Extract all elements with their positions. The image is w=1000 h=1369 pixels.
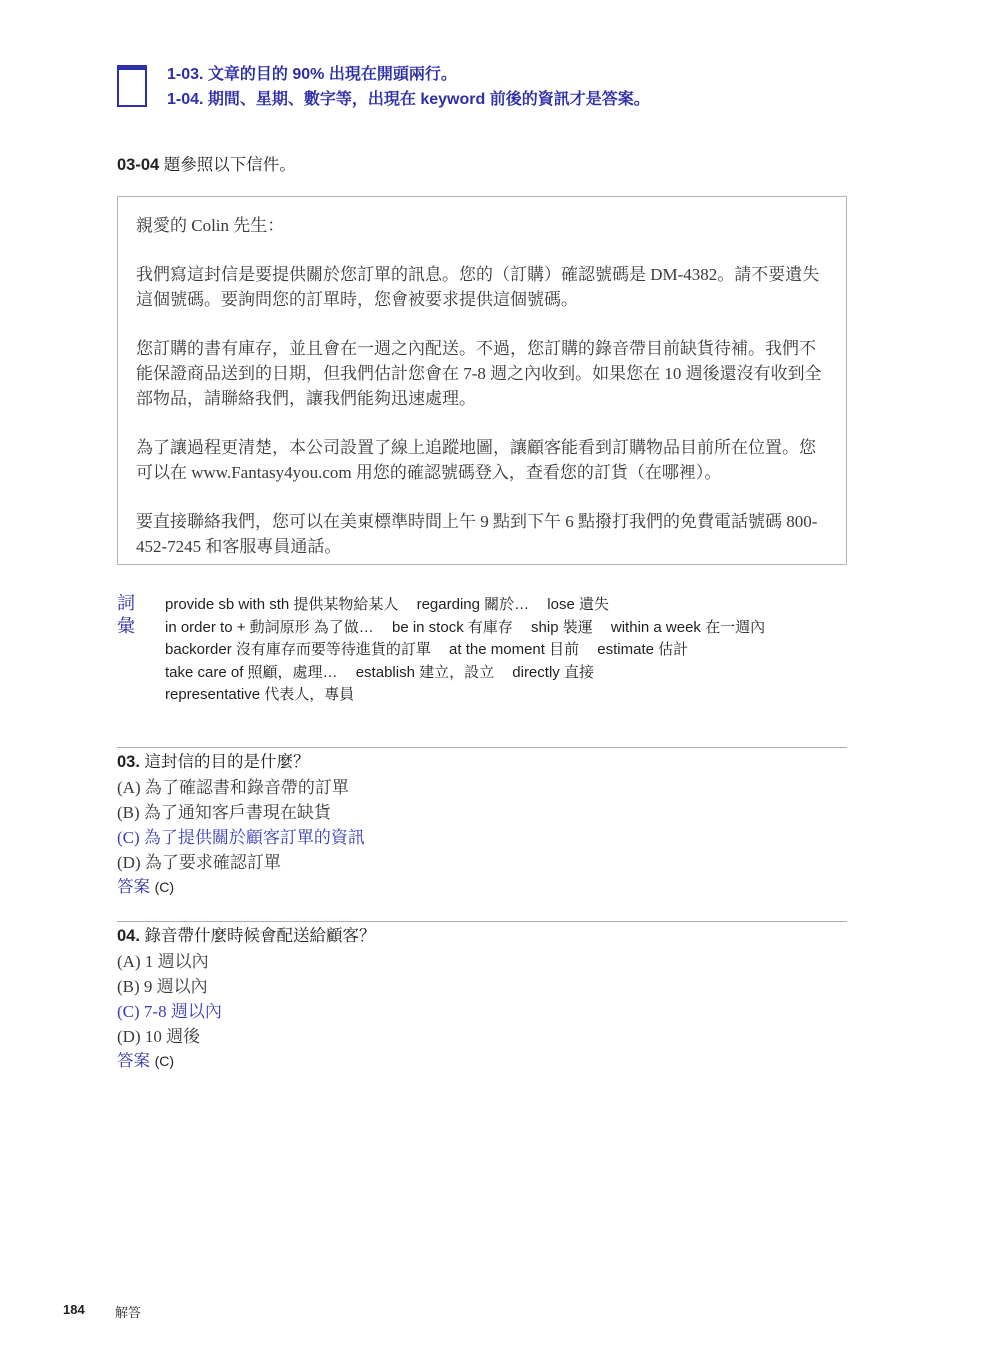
vocab-entry: within a week 在一週內: [611, 619, 765, 636]
vocab-line: backorder 沒有庫存而要等待進貨的訂單 at the moment 目前…: [165, 639, 765, 662]
question-title: 04. 錄音帶什麼時候會配送給顧客？: [117, 924, 376, 949]
answer-value: (C): [155, 1053, 174, 1069]
tips-lines: 1-03. 文章的目的 90% 出現在開頭兩行。 1-04. 期間、星期、數字等…: [167, 62, 650, 112]
letter-paragraph: 要直接聯絡我們，您可以在美東標準時間上午 9 點到下午 6 點撥打我們的免費電話…: [136, 509, 828, 559]
intro-text: 題參照以下信件。: [159, 156, 296, 174]
answer-label: 答案: [117, 878, 150, 896]
notebook-icon: [117, 65, 147, 107]
answer-line: 答案 (C): [117, 875, 365, 900]
vocab-entry: lose 遺失: [547, 596, 609, 613]
vocab-entry: at the moment 目前: [449, 641, 579, 658]
vocab-entry: in order to + 動詞原形 為了做…: [165, 619, 374, 636]
question-03: 03. 這封信的目的是什麼？ (A) 為了確認書和錄音帶的訂單 (B) 為了通知…: [117, 750, 365, 900]
answer-line: 答案 (C): [117, 1049, 376, 1074]
question-text: 錄音帶什麼時候會配送給顧客？: [140, 927, 376, 945]
page-number: 184: [63, 1302, 85, 1317]
question-title: 03. 這封信的目的是什麼？: [117, 750, 365, 775]
tip-line: 1-03. 文章的目的 90% 出現在開頭兩行。: [167, 62, 650, 87]
vocab-entry: directly 直接: [512, 664, 594, 681]
option-b: (B) 9 週以內: [117, 974, 376, 999]
vocab-line: take care of 照顧，處理… establish 建立，設立 dire…: [165, 662, 765, 685]
vocab-entry: provide sb with sth 提供某物給某人: [165, 596, 398, 613]
letter-greeting: 親愛的 Colin 先生：: [136, 213, 828, 238]
question-number: 04.: [117, 927, 140, 945]
passage-intro: 03-04 題參照以下信件。: [117, 151, 296, 175]
letter-paragraph: 您訂購的書有庫存，並且會在一週之內配送。不過，您訂購的錄音帶目前缺貨待補。我們不…: [136, 336, 828, 411]
vocab-line: representative 代表人，專員: [165, 684, 765, 707]
vocab-line: provide sb with sth 提供某物給某人 regarding 關於…: [165, 594, 765, 617]
question-04: 04. 錄音帶什麼時候會配送給顧客？ (A) 1 週以內 (B) 9 週以內 (…: [117, 924, 376, 1074]
vocab-entry: be in stock 有庫存: [392, 619, 513, 636]
option-d: (D) 為了要求確認訂單: [117, 850, 365, 875]
option-d: (D) 10 週後: [117, 1024, 376, 1049]
option-c-correct: (C) 7-8 週以內: [117, 999, 376, 1024]
vocab-entry: take care of 照顧，處理…: [165, 664, 338, 681]
option-b: (B) 為了通知客戶書現在缺貨: [117, 800, 365, 825]
option-a: (A) 1 週以內: [117, 949, 376, 974]
divider: [117, 921, 847, 922]
divider: [117, 747, 847, 748]
answer-label: 答案: [117, 1052, 150, 1070]
answer-value: (C): [155, 879, 174, 895]
vocab-entry: establish 建立，設立: [356, 664, 494, 681]
option-c-correct: (C) 為了提供關於顧客訂單的資訊: [117, 825, 365, 850]
vocabulary-label: 詞彙: [117, 592, 135, 637]
vocabulary-lines: provide sb with sth 提供某物給某人 regarding 關於…: [165, 594, 765, 707]
tip-line: 1-04. 期間、星期、數字等，出現在 keyword 前後的資訊才是答案。: [167, 87, 650, 112]
vocab-line: in order to + 動詞原形 為了做… be in stock 有庫存 …: [165, 617, 765, 640]
vocab-entry: regarding 關於…: [417, 596, 530, 613]
question-number: 03.: [117, 753, 140, 771]
section-name: 解答: [115, 1302, 141, 1321]
question-text: 這封信的目的是什麼？: [140, 753, 310, 771]
letter-paragraph: 我們寫這封信是要提供關於您訂單的訊息。您的（訂購）確認號碼是 DM-4382。請…: [136, 262, 828, 312]
vocab-entry: ship 裝運: [531, 619, 593, 636]
vocab-entry: backorder 沒有庫存而要等待進貨的訂單: [165, 641, 431, 658]
letter-box: 親愛的 Colin 先生： 我們寫這封信是要提供關於您訂單的訊息。您的（訂購）確…: [117, 196, 847, 565]
vocab-entry: representative 代表人，專員: [165, 686, 354, 703]
question-range: 03-04: [117, 156, 159, 174]
page-footer: 184 解答: [63, 1302, 85, 1317]
vocab-entry: estimate 估計: [597, 641, 688, 658]
letter-paragraph: 為了讓過程更清楚，本公司設置了線上追蹤地圖，讓顧客能看到訂購物品目前所在位置。您…: [136, 435, 828, 485]
option-a: (A) 為了確認書和錄音帶的訂單: [117, 775, 365, 800]
